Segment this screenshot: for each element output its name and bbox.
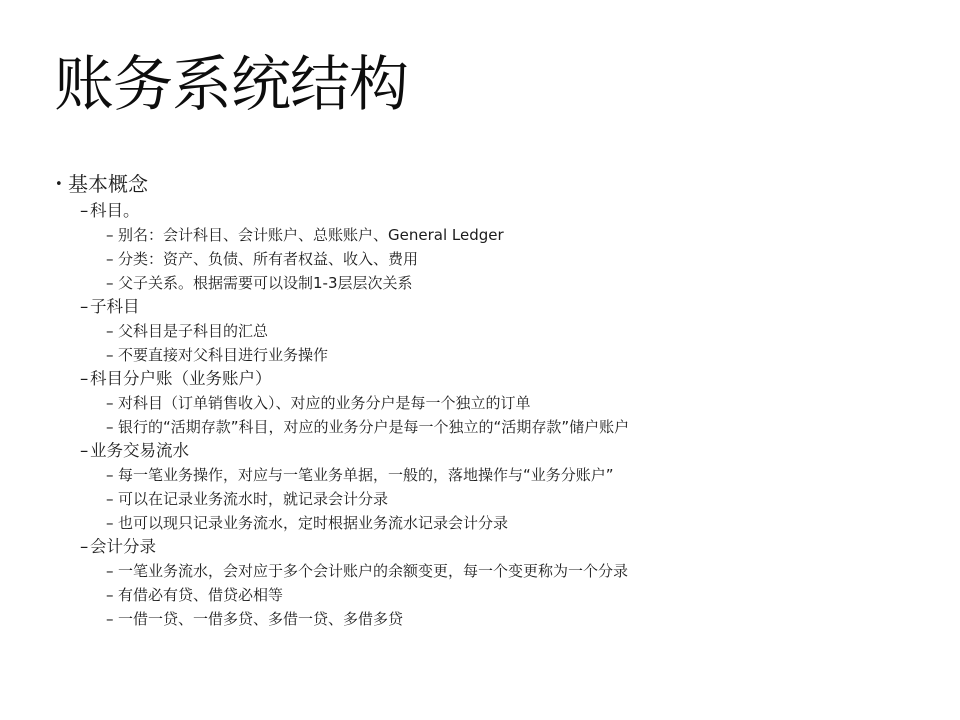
list-item-text: 分类：资产、负债、所有者权益、收入、费用	[118, 247, 418, 271]
list-item-text: 基本概念	[68, 170, 148, 199]
dash-icon: –	[106, 607, 118, 631]
list-item: – 不要直接对父科目进行业务操作	[0, 343, 950, 367]
list-item-text: 有借必有贷、借贷必相等	[118, 583, 283, 607]
list-item-text: 科目。	[90, 199, 140, 223]
dash-icon: –	[80, 439, 90, 463]
list-item-text: 每一笔业务操作，对应与一笔业务单据，一般的，落地操作与“业务分账户”	[118, 463, 614, 487]
list-item: – 别名：会计科目、会计账户、总账账户、General Ledger	[0, 223, 950, 247]
list-item: – 科目分户账（业务账户）	[0, 367, 950, 391]
list-item-text: 父子关系。根据需要可以设制1-3层层次关系	[118, 271, 413, 295]
dash-icon: –	[80, 367, 90, 391]
list-item: – 会计分录	[0, 535, 950, 559]
dash-icon: –	[106, 319, 118, 343]
page-title: 账务系统结构	[54, 48, 408, 122]
list-item: – 也可以现只记录业务流水，定时根据业务流水记录会计分录	[0, 511, 950, 535]
slide: 账务系统结构 • 基本概念 – 科目。 – 别名：会计科目、会计账户、总账账户、…	[0, 0, 960, 720]
list-item-text: 别名：会计科目、会计账户、总账账户、General Ledger	[118, 223, 504, 247]
list-item: – 对科目（订单销售收入）、对应的业务分户是每一个独立的订单	[0, 391, 950, 415]
dash-icon: –	[106, 583, 118, 607]
list-item-text: 会计分录	[90, 535, 156, 559]
dash-icon: –	[106, 559, 118, 583]
list-item-text: 一笔业务流水，会对应于多个会计账户的余额变更，每一个变更称为一个分录	[118, 559, 628, 583]
list-item: – 业务交易流水	[0, 439, 950, 463]
list-item-text: 一借一贷、一借多贷、多借一贷、多借多贷	[118, 607, 403, 631]
list-item: – 有借必有贷、借贷必相等	[0, 583, 950, 607]
list-item-text: 对科目（订单销售收入）、对应的业务分户是每一个独立的订单	[118, 391, 531, 415]
list-item-text: 科目分户账（业务账户）	[90, 367, 272, 391]
list-item-text: 父科目是子科目的汇总	[118, 319, 268, 343]
list-item-text: 业务交易流水	[90, 439, 189, 463]
dash-icon: –	[106, 343, 118, 367]
bullet-list: • 基本概念 – 科目。 – 别名：会计科目、会计账户、总账账户、General…	[0, 170, 950, 631]
list-item: – 银行的“活期存款”科目，对应的业务分户是每一个独立的“活期存款”储户账户	[0, 415, 950, 439]
list-item: – 父科目是子科目的汇总	[0, 319, 950, 343]
list-item-text: 子科目	[90, 295, 140, 319]
bullet-icon: •	[55, 170, 68, 199]
list-item-text: 不要直接对父科目进行业务操作	[118, 343, 328, 367]
list-item: – 父子关系。根据需要可以设制1-3层层次关系	[0, 271, 950, 295]
list-item-text: 银行的“活期存款”科目，对应的业务分户是每一个独立的“活期存款”储户账户	[118, 415, 629, 439]
list-item: – 一借一贷、一借多贷、多借一贷、多借多贷	[0, 607, 950, 631]
dash-icon: –	[106, 463, 118, 487]
list-item-text: 也可以现只记录业务流水，定时根据业务流水记录会计分录	[118, 511, 508, 535]
dash-icon: –	[80, 535, 90, 559]
dash-icon: –	[106, 391, 118, 415]
dash-icon: –	[106, 271, 118, 295]
list-item-text: 可以在记录业务流水时，就记录会计分录	[118, 487, 388, 511]
list-item: – 一笔业务流水，会对应于多个会计账户的余额变更，每一个变更称为一个分录	[0, 559, 950, 583]
dash-icon: –	[80, 199, 90, 223]
list-item: – 可以在记录业务流水时，就记录会计分录	[0, 487, 950, 511]
dash-icon: –	[106, 247, 118, 271]
dash-icon: –	[106, 415, 118, 439]
dash-icon: –	[80, 295, 90, 319]
dash-icon: –	[106, 487, 118, 511]
dash-icon: –	[106, 511, 118, 535]
list-item: • 基本概念	[0, 170, 950, 199]
list-item: – 每一笔业务操作，对应与一笔业务单据，一般的，落地操作与“业务分账户”	[0, 463, 950, 487]
list-item: – 科目。	[0, 199, 950, 223]
list-item: – 分类：资产、负债、所有者权益、收入、费用	[0, 247, 950, 271]
dash-icon: –	[106, 223, 118, 247]
list-item: – 子科目	[0, 295, 950, 319]
